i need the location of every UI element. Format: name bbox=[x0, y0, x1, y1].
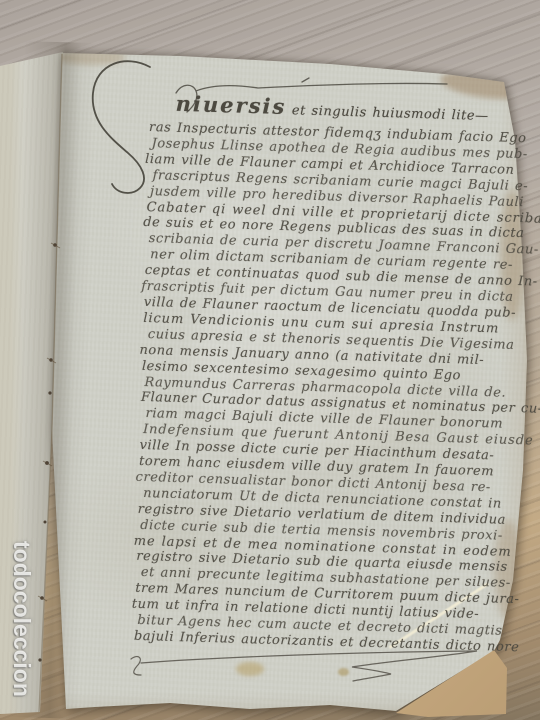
watermark-text: todocoleccion bbox=[9, 541, 35, 697]
initial-letter-flourish bbox=[93, 61, 150, 193]
opening-rest: et singulis huiusmodi lite— bbox=[286, 103, 489, 124]
manuscript-photo: niuersis et singulis huiusmodi lite— ras… bbox=[0, 0, 540, 720]
fold-stitch-line bbox=[39, 54, 62, 712]
stitch-threads bbox=[38, 243, 60, 601]
stitch-holes bbox=[38, 243, 56, 661]
manuscript-text-block: niuersis et singulis huiusmodi lite— ras… bbox=[134, 95, 532, 656]
opening-word: niuersis bbox=[175, 91, 286, 119]
closing-flourish-mark bbox=[131, 657, 141, 675]
closing-flourish bbox=[141, 651, 477, 681]
